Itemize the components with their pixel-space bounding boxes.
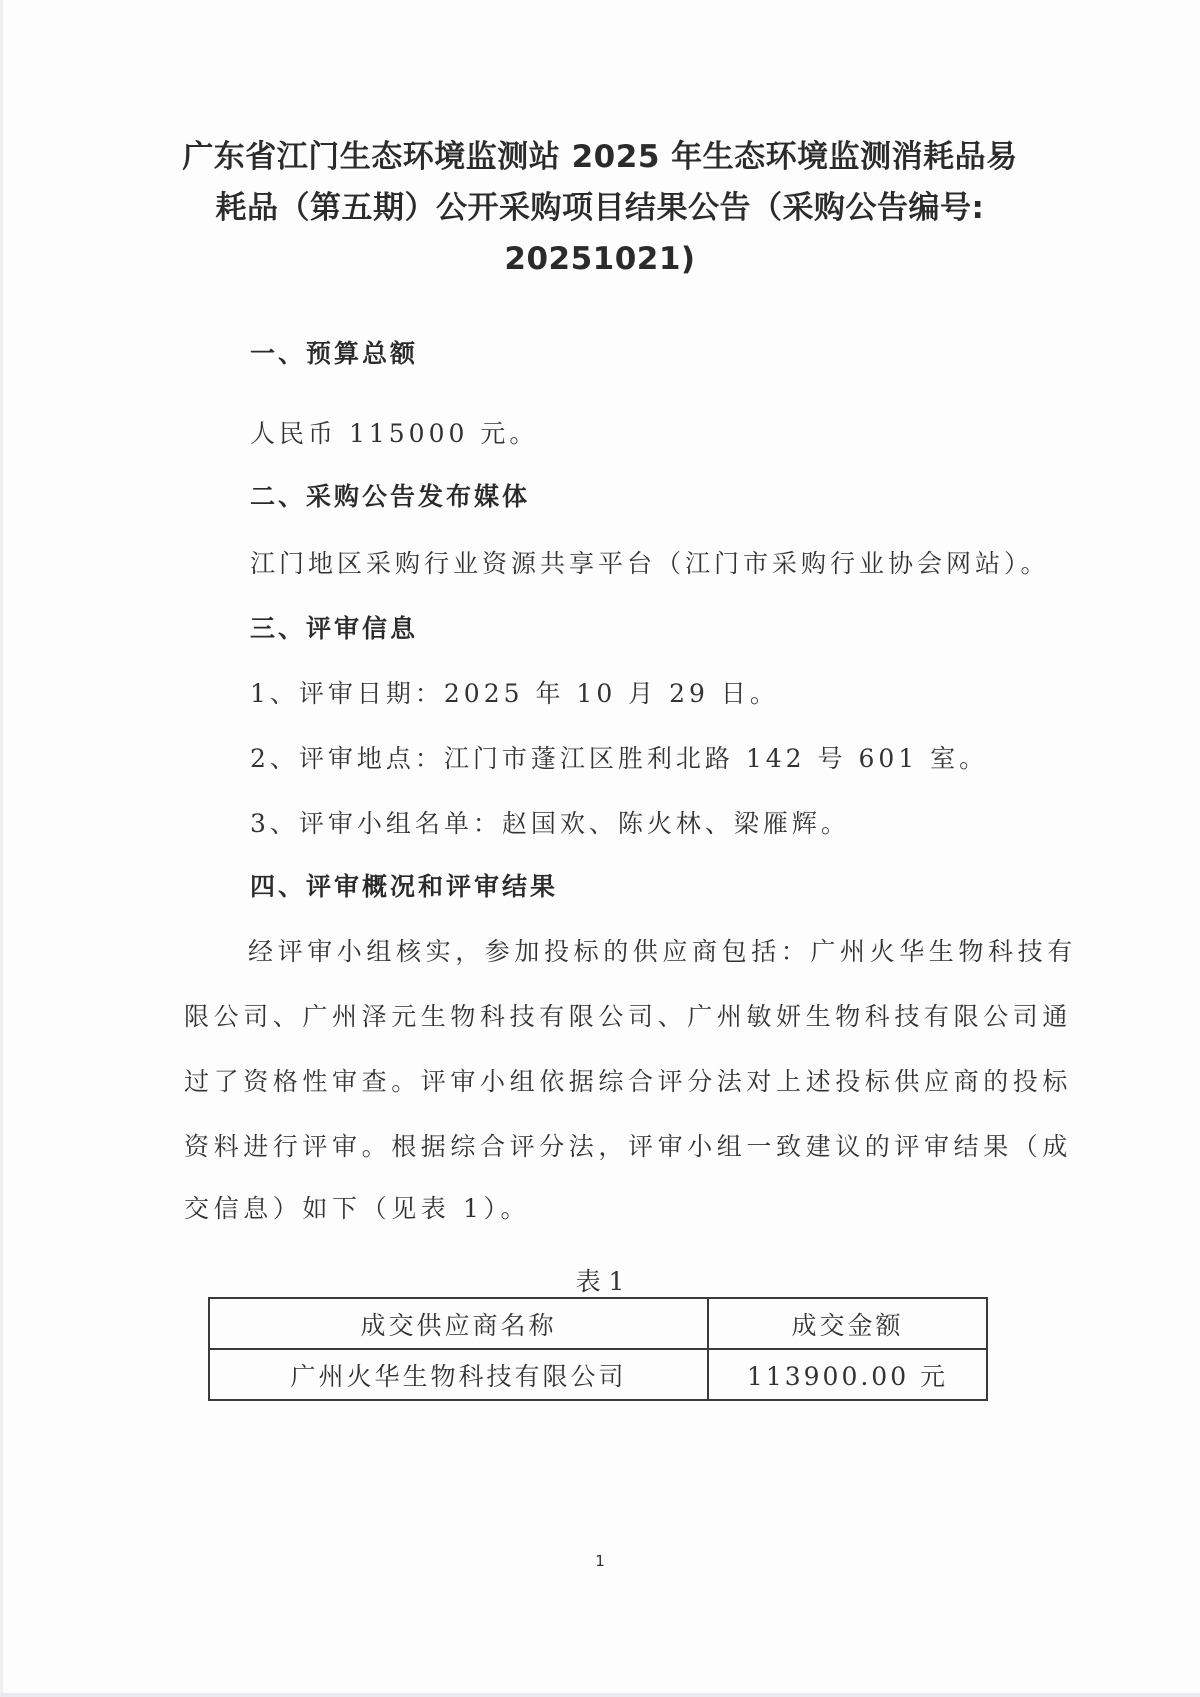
section-heading-results: 四、评审概况和评审结果 bbox=[250, 867, 558, 903]
paragraph-line: 资料进行评审。根据综合评分法，评审小组一致建议的评审结果（成 bbox=[184, 1127, 1072, 1163]
result-table: 成交供应商名称 成交金额 广州火华生物科技有限公司 113900.00 元 bbox=[208, 1297, 988, 1401]
document-title: 广东省江门生态环境监测站 2025 年生态环境监测消耗品易 耗品（第五期）公开采… bbox=[150, 132, 1050, 285]
title-line-1: 广东省江门生态环境监测站 2025 年生态环境监测消耗品易 bbox=[150, 132, 1050, 183]
cell-supplier-name: 广州火华生物科技有限公司 bbox=[209, 1349, 708, 1400]
table-caption: 表 1 bbox=[0, 1262, 1200, 1298]
table-row: 广州火华生物科技有限公司 113900.00 元 bbox=[209, 1349, 987, 1400]
title-line-3: 20251021) bbox=[150, 234, 1050, 285]
paragraph-line: 经评审小组核实，参加投标的供应商包括：广州火华生物科技有 bbox=[248, 932, 1077, 968]
section-heading-media: 二、采购公告发布媒体 bbox=[250, 477, 530, 513]
table-header-row: 成交供应商名称 成交金额 bbox=[209, 1298, 987, 1349]
header-supplier-name: 成交供应商名称 bbox=[209, 1298, 708, 1349]
cell-amount: 113900.00 元 bbox=[708, 1349, 987, 1400]
paragraph-line: 限公司、广州泽元生物科技有限公司、广州敏妍生物科技有限公司通 bbox=[184, 997, 1072, 1033]
media-platform: 江门地区采购行业资源共享平台（江门市采购行业协会网站）。 bbox=[250, 544, 1050, 580]
paragraph-line: 交信息）如下（见表 1）。 bbox=[184, 1189, 530, 1225]
page-scan-edge bbox=[0, 0, 3, 1697]
title-line-2: 耗品（第五期）公开采购项目结果公告（采购公告编号: bbox=[150, 183, 1050, 234]
review-date: 1、评审日期：2025 年 10 月 29 日。 bbox=[250, 674, 779, 710]
header-amount: 成交金额 bbox=[708, 1298, 987, 1349]
paragraph-line: 过了资格性审查。评审小组依据综合评分法对上述投标供应商的投标 bbox=[184, 1062, 1072, 1098]
review-location: 2、评审地点：江门市蓬江区胜利北路 142 号 601 室。 bbox=[250, 739, 988, 775]
budget-amount: 人民币 115000 元。 bbox=[250, 414, 538, 450]
review-panel: 3、评审小组名单：赵国欢、陈火林、梁雁辉。 bbox=[250, 804, 850, 840]
page-number: 1 bbox=[0, 1552, 1200, 1570]
page-scan-edge-bottom bbox=[0, 1693, 1200, 1697]
section-heading-review-info: 三、评审信息 bbox=[250, 609, 418, 645]
section-heading-budget: 一、预算总额 bbox=[250, 334, 418, 370]
